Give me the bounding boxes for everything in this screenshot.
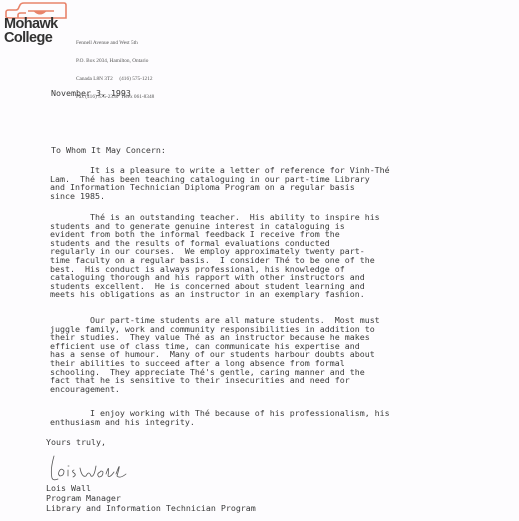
paragraph-line: since 1985. [50, 192, 519, 201]
college-name: Mohawk College [4, 17, 58, 45]
logo-line-2: College [4, 31, 58, 45]
paragraph-line: and Information Technician Diploma Progr… [50, 183, 519, 192]
paragraph-line: encouragement. [50, 385, 519, 394]
paragraph-line: enthusiasm and his integrity. [50, 418, 519, 427]
letterhead: Mohawk College Fennell Avenue and West 5… [0, 0, 200, 56]
address-line: P.O. Box 2034, Hamilton, Ontario [76, 58, 154, 64]
address-line: Canada L8N 3T2 (416) 575-1212 [76, 76, 154, 82]
closing: Yours truly, [46, 438, 106, 447]
paragraph-3: Our part-time students are all mature st… [50, 316, 519, 393]
address-block: Fennell Avenue and West 5th P.O. Box 203… [76, 28, 154, 112]
signer-title: Program Manager [46, 494, 121, 503]
address-line: Fennell Avenue and West 5th [76, 40, 154, 46]
paragraph-4: I enjoy working with Thé because of his … [50, 409, 519, 426]
salutation: To Whom It May Concern: [51, 146, 166, 155]
paragraph-2: Thé is an outstanding teacher. His abili… [50, 213, 519, 299]
handwritten-signature [44, 452, 144, 484]
logo-line-1: Mohawk [4, 17, 58, 31]
paragraph-line: meets his obligations as an instructor i… [50, 290, 519, 299]
paragraph-1: It is a pleasure to write a letter of re… [50, 166, 519, 200]
letter-date: November 3, 1993 [51, 89, 131, 98]
signer-name: Lois Wall [46, 484, 91, 493]
paragraph-line: fact that he is sensitive to their insec… [50, 376, 519, 385]
signer-department: Library and Information Technician Progr… [46, 504, 256, 513]
